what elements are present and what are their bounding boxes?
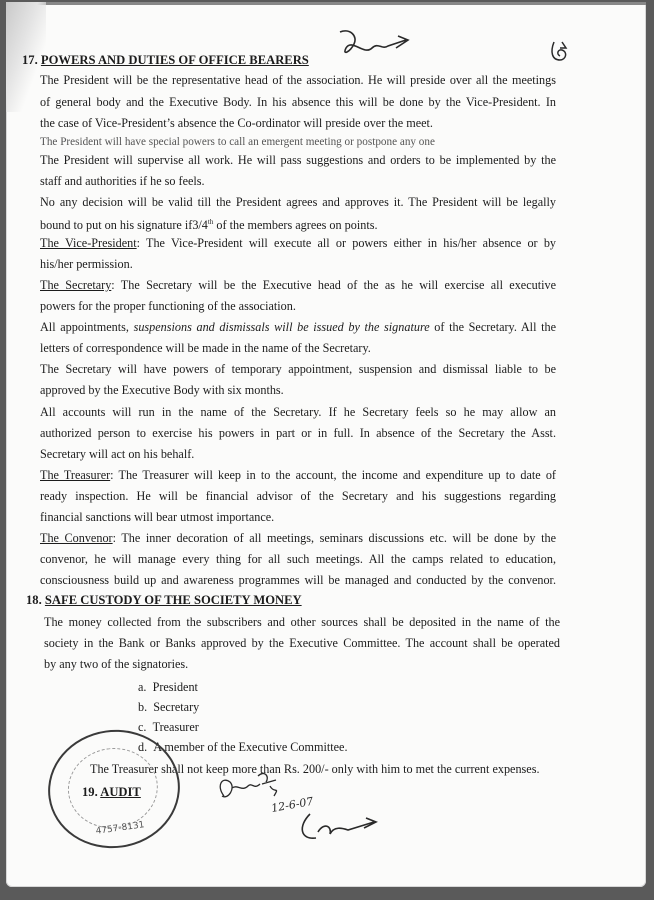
paragraph-line: The money collected from the subscribers… <box>44 615 560 629</box>
paragraph-line: The Secretary will have powers of tempor… <box>40 362 556 376</box>
handwritten-date: 12-6-07 <box>270 795 314 815</box>
signature-top <box>336 26 416 66</box>
document-page: 17. POWERS AND DUTIES OF OFFICE BEARERS … <box>6 2 646 887</box>
text-run: of the members agrees on points. <box>213 218 377 232</box>
text-run: : The Treasurer will keep in to the acco… <box>110 468 556 482</box>
section-number: 18. <box>26 593 42 607</box>
secretary-line: The Secretary: The Secretary will be the… <box>40 278 556 292</box>
paragraph-line: by any two of the signatories. <box>44 657 188 671</box>
stamp-inner-ring <box>63 742 163 834</box>
list-marker: b. <box>138 700 147 714</box>
scan-edge <box>6 2 646 5</box>
page-number-mark-icon <box>550 38 574 64</box>
text-run: of the Secretary. All the <box>430 320 556 334</box>
text-run: : The inner decoration of all meetings, … <box>113 531 556 545</box>
paragraph-line: The President will supervise all work. H… <box>40 153 556 167</box>
scanned-document: 17. POWERS AND DUTIES OF OFFICE BEARERS … <box>0 0 654 900</box>
paragraph-line: No any decision will be valid till the P… <box>40 195 556 209</box>
signatory-item: d. A member of the Executive Committee. <box>138 740 348 754</box>
signatory-item: b. Secretary <box>138 700 199 714</box>
text-run: : The Vice-President will execute all or… <box>137 236 556 250</box>
treasurer-line: The Treasurer: The Treasurer will keep i… <box>40 468 556 482</box>
paragraph-line: ready inspection. He will be financial a… <box>40 489 556 503</box>
text-run: All appointments, <box>40 320 134 334</box>
paragraph-line: The President will be the representative… <box>40 73 556 87</box>
paragraph-line: Secretary will act on his behalf. <box>40 447 194 461</box>
section-17-heading: 17. POWERS AND DUTIES OF OFFICE BEARERS <box>22 53 309 67</box>
handwritten-signature: 12-6-07 <box>214 766 384 846</box>
paragraph-line: convenor, he will manage every thing for… <box>40 552 556 566</box>
paragraph-line: powers for the proper functioning of the… <box>40 299 296 313</box>
list-label: Secretary <box>153 700 199 714</box>
paragraph-line: letters of correspondence will be made i… <box>40 341 371 355</box>
paragraph-line: of general body and the Executive Body. … <box>40 95 556 109</box>
list-label: President <box>153 680 198 694</box>
list-marker: c. <box>138 720 146 734</box>
section-title: POWERS AND DUTIES OF OFFICE BEARERS <box>41 53 309 67</box>
convenor-line: The Convenor: The inner decoration of al… <box>40 531 556 545</box>
paragraph-line: financial sanctions will bear utmost imp… <box>40 510 274 524</box>
paragraph-line: consciousness build up and awareness pro… <box>40 573 556 587</box>
paragraph-line: his/her permission. <box>40 257 133 271</box>
paragraph-line: All accounts will run in the name of the… <box>40 405 556 419</box>
role-label: The Treasurer <box>40 468 110 482</box>
text-run: suspensions and dismissals will be issue… <box>134 320 430 334</box>
paragraph-line: All appointments, suspensions and dismis… <box>40 320 556 334</box>
role-label: The Vice-President <box>40 236 137 250</box>
text-run: bound to put on his signature if3/4 <box>40 218 208 232</box>
role-label: The Convenor <box>40 531 113 545</box>
paragraph-line: approved by the Executive Body with six … <box>40 383 284 397</box>
role-label: The Secretary <box>40 278 111 292</box>
paragraph-line: society in the Bank or Banks approved by… <box>44 636 560 650</box>
paragraph-line: the case of Vice-President’s absence the… <box>40 116 433 130</box>
paragraph-line: bound to put on his signature if3/4th of… <box>40 215 378 232</box>
signatory-item: a. President <box>138 680 198 694</box>
list-label: Treasurer <box>153 720 199 734</box>
section-number: 17. <box>22 53 38 67</box>
paragraph-line: authorized person to exercise his powers… <box>40 426 556 440</box>
paragraph-line: The President will have special powers t… <box>40 135 435 149</box>
text-run: : The Secretary will be the Executive he… <box>111 278 556 292</box>
list-marker: a. <box>138 680 146 694</box>
section-title: SAFE CUSTODY OF THE SOCIETY MONEY <box>45 593 302 607</box>
vice-president-line: The Vice-President: The Vice-President w… <box>40 236 556 250</box>
section-18-heading: 18. SAFE CUSTODY OF THE SOCIETY MONEY <box>26 593 302 607</box>
list-label: A member of the Executive Committee. <box>153 740 347 754</box>
paragraph-line: staff and authorities if he so feels. <box>40 174 205 188</box>
signatory-item: c. Treasurer <box>138 720 199 734</box>
